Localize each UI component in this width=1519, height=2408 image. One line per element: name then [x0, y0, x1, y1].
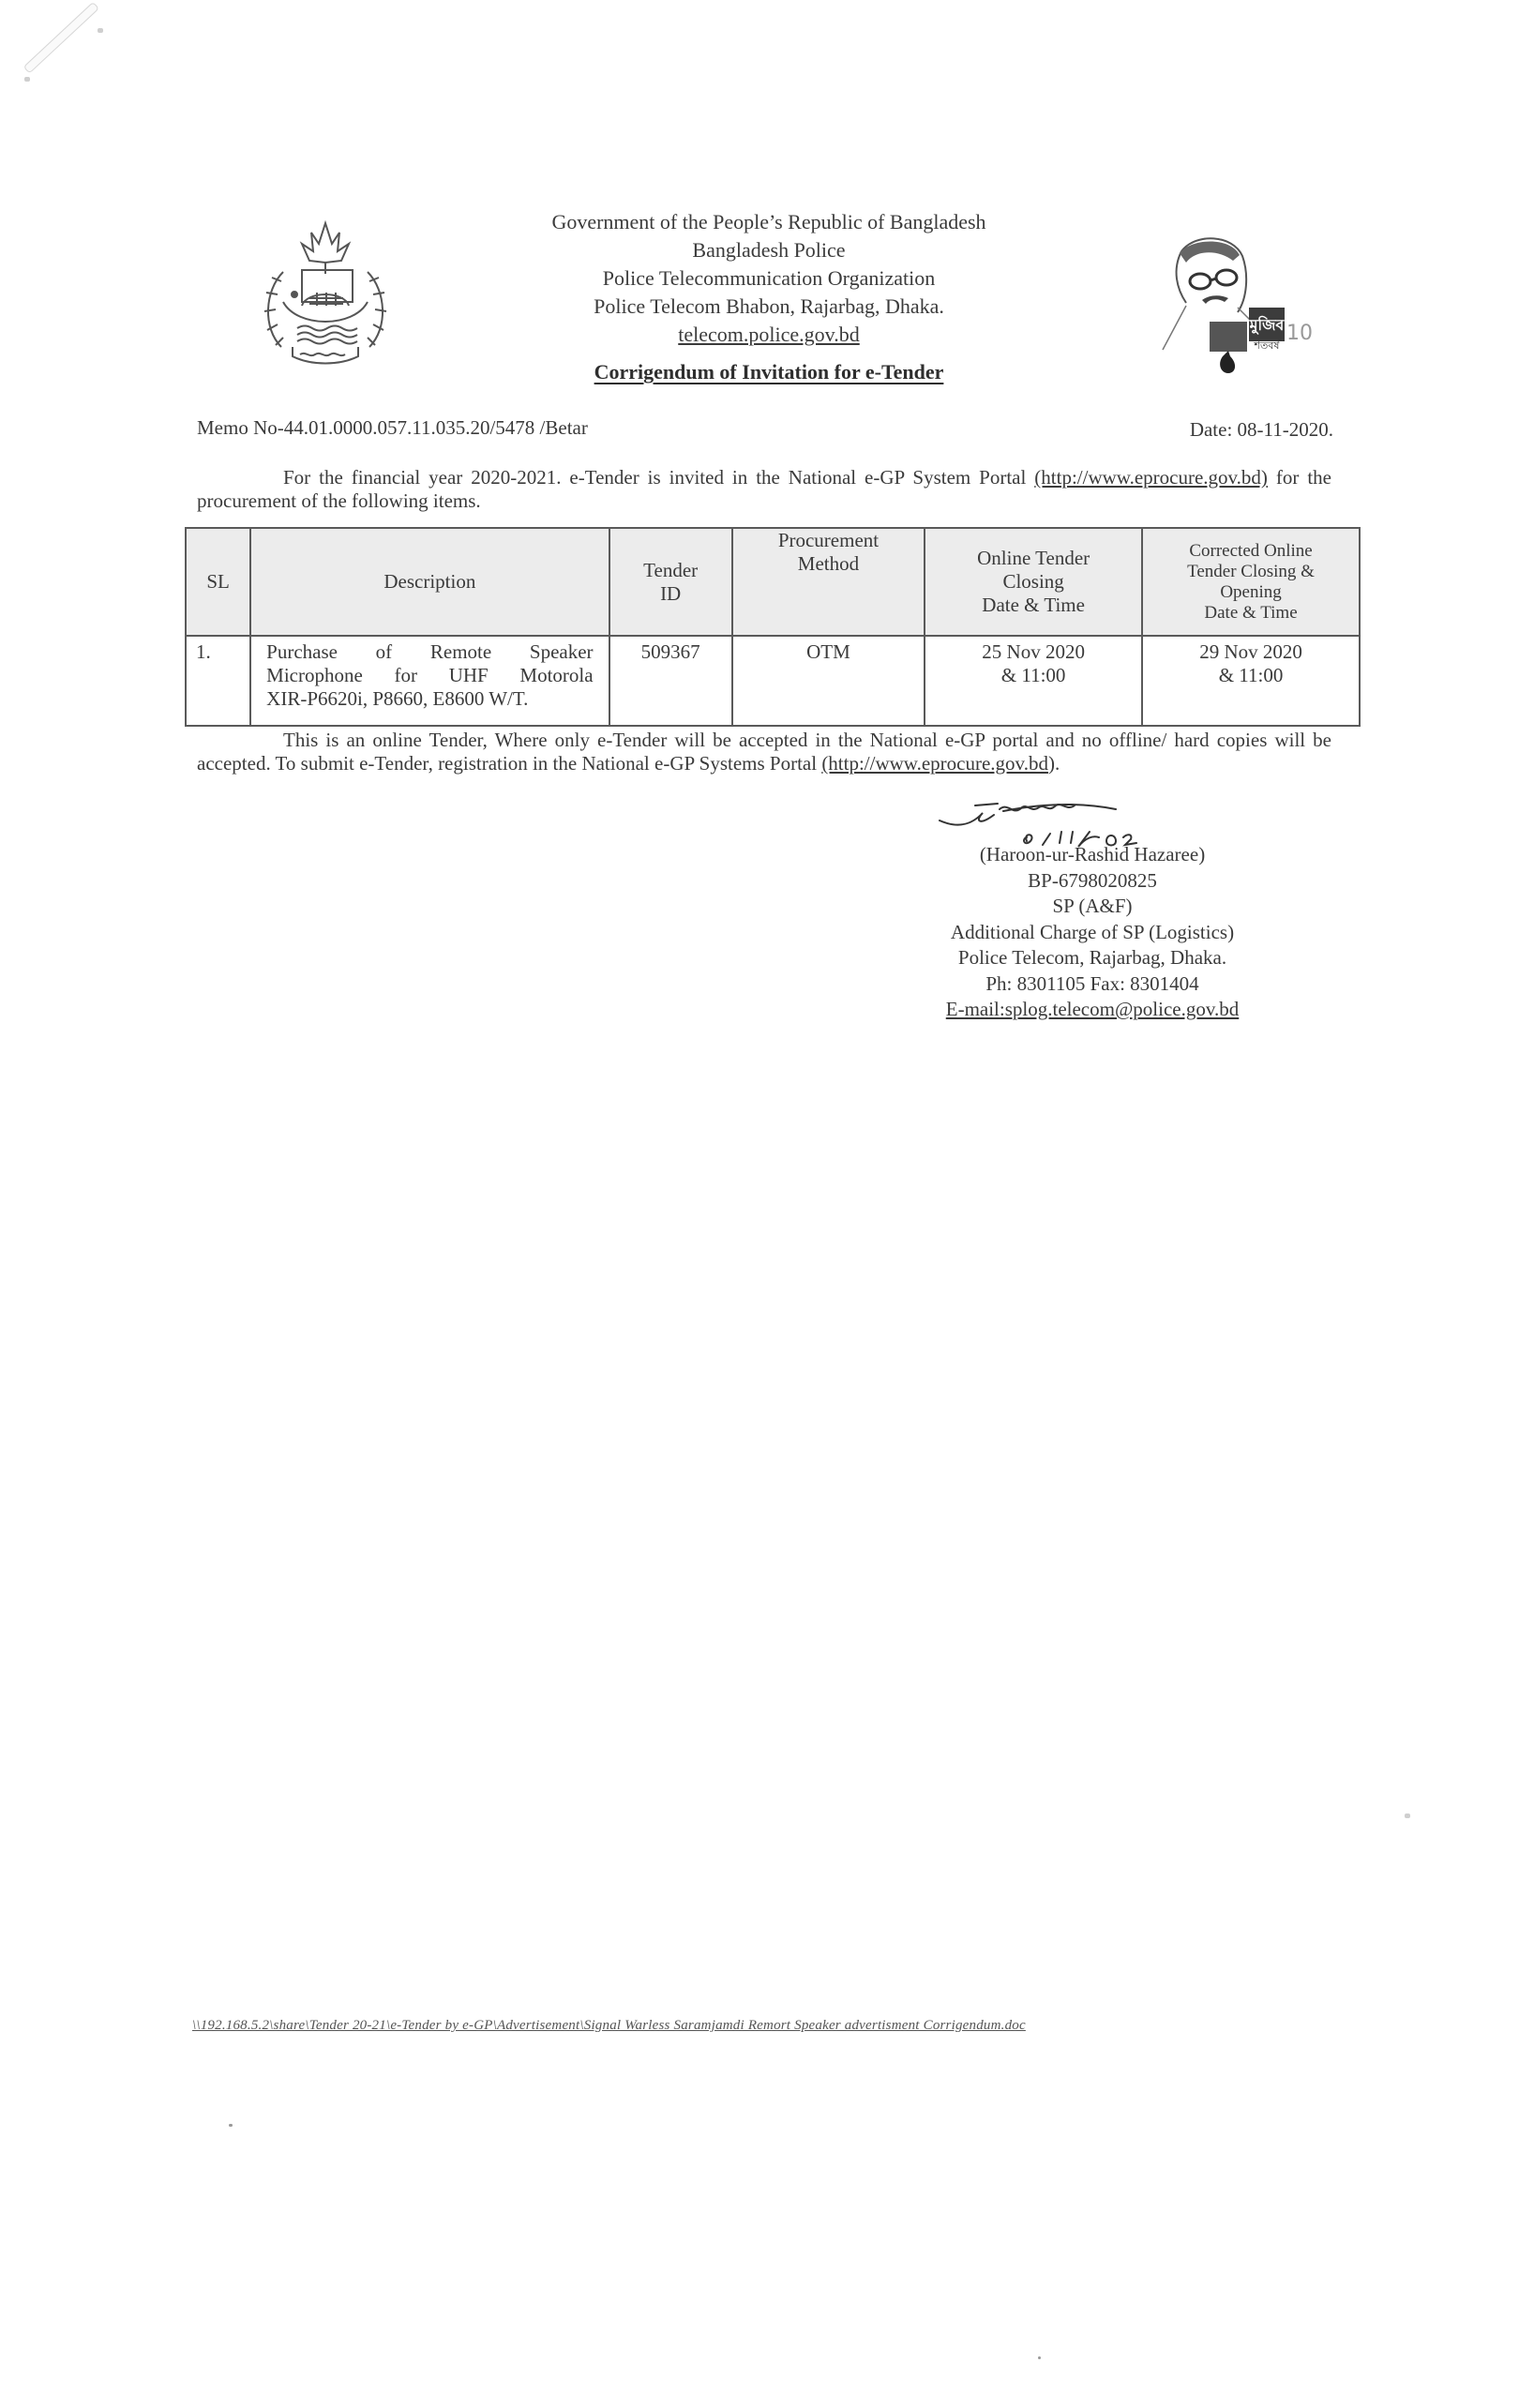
scan-artifact-dot — [1038, 2356, 1041, 2359]
cell-closing: 25 Nov 2020& 11:00 — [925, 636, 1142, 726]
notice-text-tail: ). — [1048, 752, 1060, 775]
header-sl: SL — [186, 528, 250, 636]
signatory-email-link[interactable]: E-mail:splog.telecom@police.gov.bd — [844, 997, 1341, 1023]
scan-artifact-dot — [1405, 1814, 1410, 1818]
intro-text: For the financial year 2020-2021. e-Tend… — [283, 466, 1026, 489]
cell-tender-id: 509367 — [609, 636, 732, 726]
letterhead-line: Government of the People’s Republic of B… — [441, 208, 1097, 236]
table-row: 1. Purchase of Remote Speaker Microphone… — [186, 636, 1360, 726]
svg-text:শতবর্ষ: শতবর্ষ — [1254, 339, 1282, 352]
scan-artifact-dot — [229, 2124, 233, 2127]
notice-text: This is an online Tender, Where only e-T… — [197, 729, 1331, 775]
cell-description: Purchase of Remote Speaker Microphone fo… — [250, 636, 609, 726]
svg-text:মুজিব: মুজিব — [1249, 315, 1286, 335]
header-tender-id: TenderID — [609, 528, 732, 636]
signature-block: (Haroon-ur-Rashid Hazaree) BP-6798020825… — [844, 842, 1341, 1023]
notice-paragraph: This is an online Tender, Where only e-T… — [197, 729, 1331, 775]
document-title: Corrigendum of Invitation for e-Tender — [594, 358, 944, 386]
cell-corrected: 29 Nov 2020& 11:00 — [1142, 636, 1360, 726]
header-closing-date: Online TenderClosingDate & Time — [925, 528, 1142, 636]
letterhead-line: Police Telecom Bhabon, Rajarbag, Dhaka. — [441, 293, 1097, 321]
memo-date: Date: 08-11-2020. — [1190, 418, 1333, 442]
eprocure-link[interactable]: (http://www.eprocure.gov.bd) — [1034, 466, 1268, 489]
letterhead-line: Police Telecommunication Organization — [441, 264, 1097, 293]
memo-number: Memo No-44.01.0000.057.11.035.20/5478 /B… — [197, 416, 588, 440]
svg-text:100: 100 — [1286, 322, 1313, 345]
header-corrected-date: Corrected OnlineTender Closing &OpeningD… — [1142, 528, 1360, 636]
scan-artifact-dot — [98, 28, 103, 33]
letterhead: Government of the People’s Republic of B… — [441, 208, 1097, 386]
scan-artifact-dot — [24, 77, 30, 82]
mujib-100-logo-icon: মুজিব শতবর্ষ 100 — [1144, 233, 1313, 373]
signatory-bp: BP-6798020825 — [844, 868, 1341, 895]
letterhead-line: Bangladesh Police — [441, 236, 1097, 264]
header-description: Description — [250, 528, 609, 636]
signatory-additional-charge: Additional Charge of SP (Logistics) — [844, 920, 1341, 946]
header-procurement-method: ProcurementMethod — [732, 528, 925, 636]
signatory-office: Police Telecom, Rajarbag, Dhaka. — [844, 945, 1341, 971]
signatory-designation: SP (A&F) — [844, 894, 1341, 920]
bangladesh-police-emblem-icon — [255, 216, 396, 370]
eprocure-link[interactable]: (http://www.eprocure.gov.bd — [821, 752, 1048, 775]
cell-sl: 1. — [186, 636, 250, 726]
scan-artifact-streak — [23, 2, 99, 74]
intro-paragraph: For the financial year 2020-2021. e-Tend… — [197, 466, 1331, 513]
letterhead-website-link[interactable]: telecom.police.gov.bd — [441, 321, 1097, 349]
signatory-name: (Haroon-ur-Rashid Hazaree) — [844, 842, 1341, 868]
table-header-row: SL Description TenderID ProcurementMetho… — [186, 528, 1360, 636]
cell-method: OTM — [732, 636, 925, 726]
signatory-phone-fax: Ph: 8301105 Fax: 8301404 — [844, 971, 1341, 998]
document-file-path: \\192.168.5.2\share\Tender 20-21\e-Tende… — [192, 2018, 1026, 2034]
tender-table: SL Description TenderID ProcurementMetho… — [185, 527, 1361, 727]
